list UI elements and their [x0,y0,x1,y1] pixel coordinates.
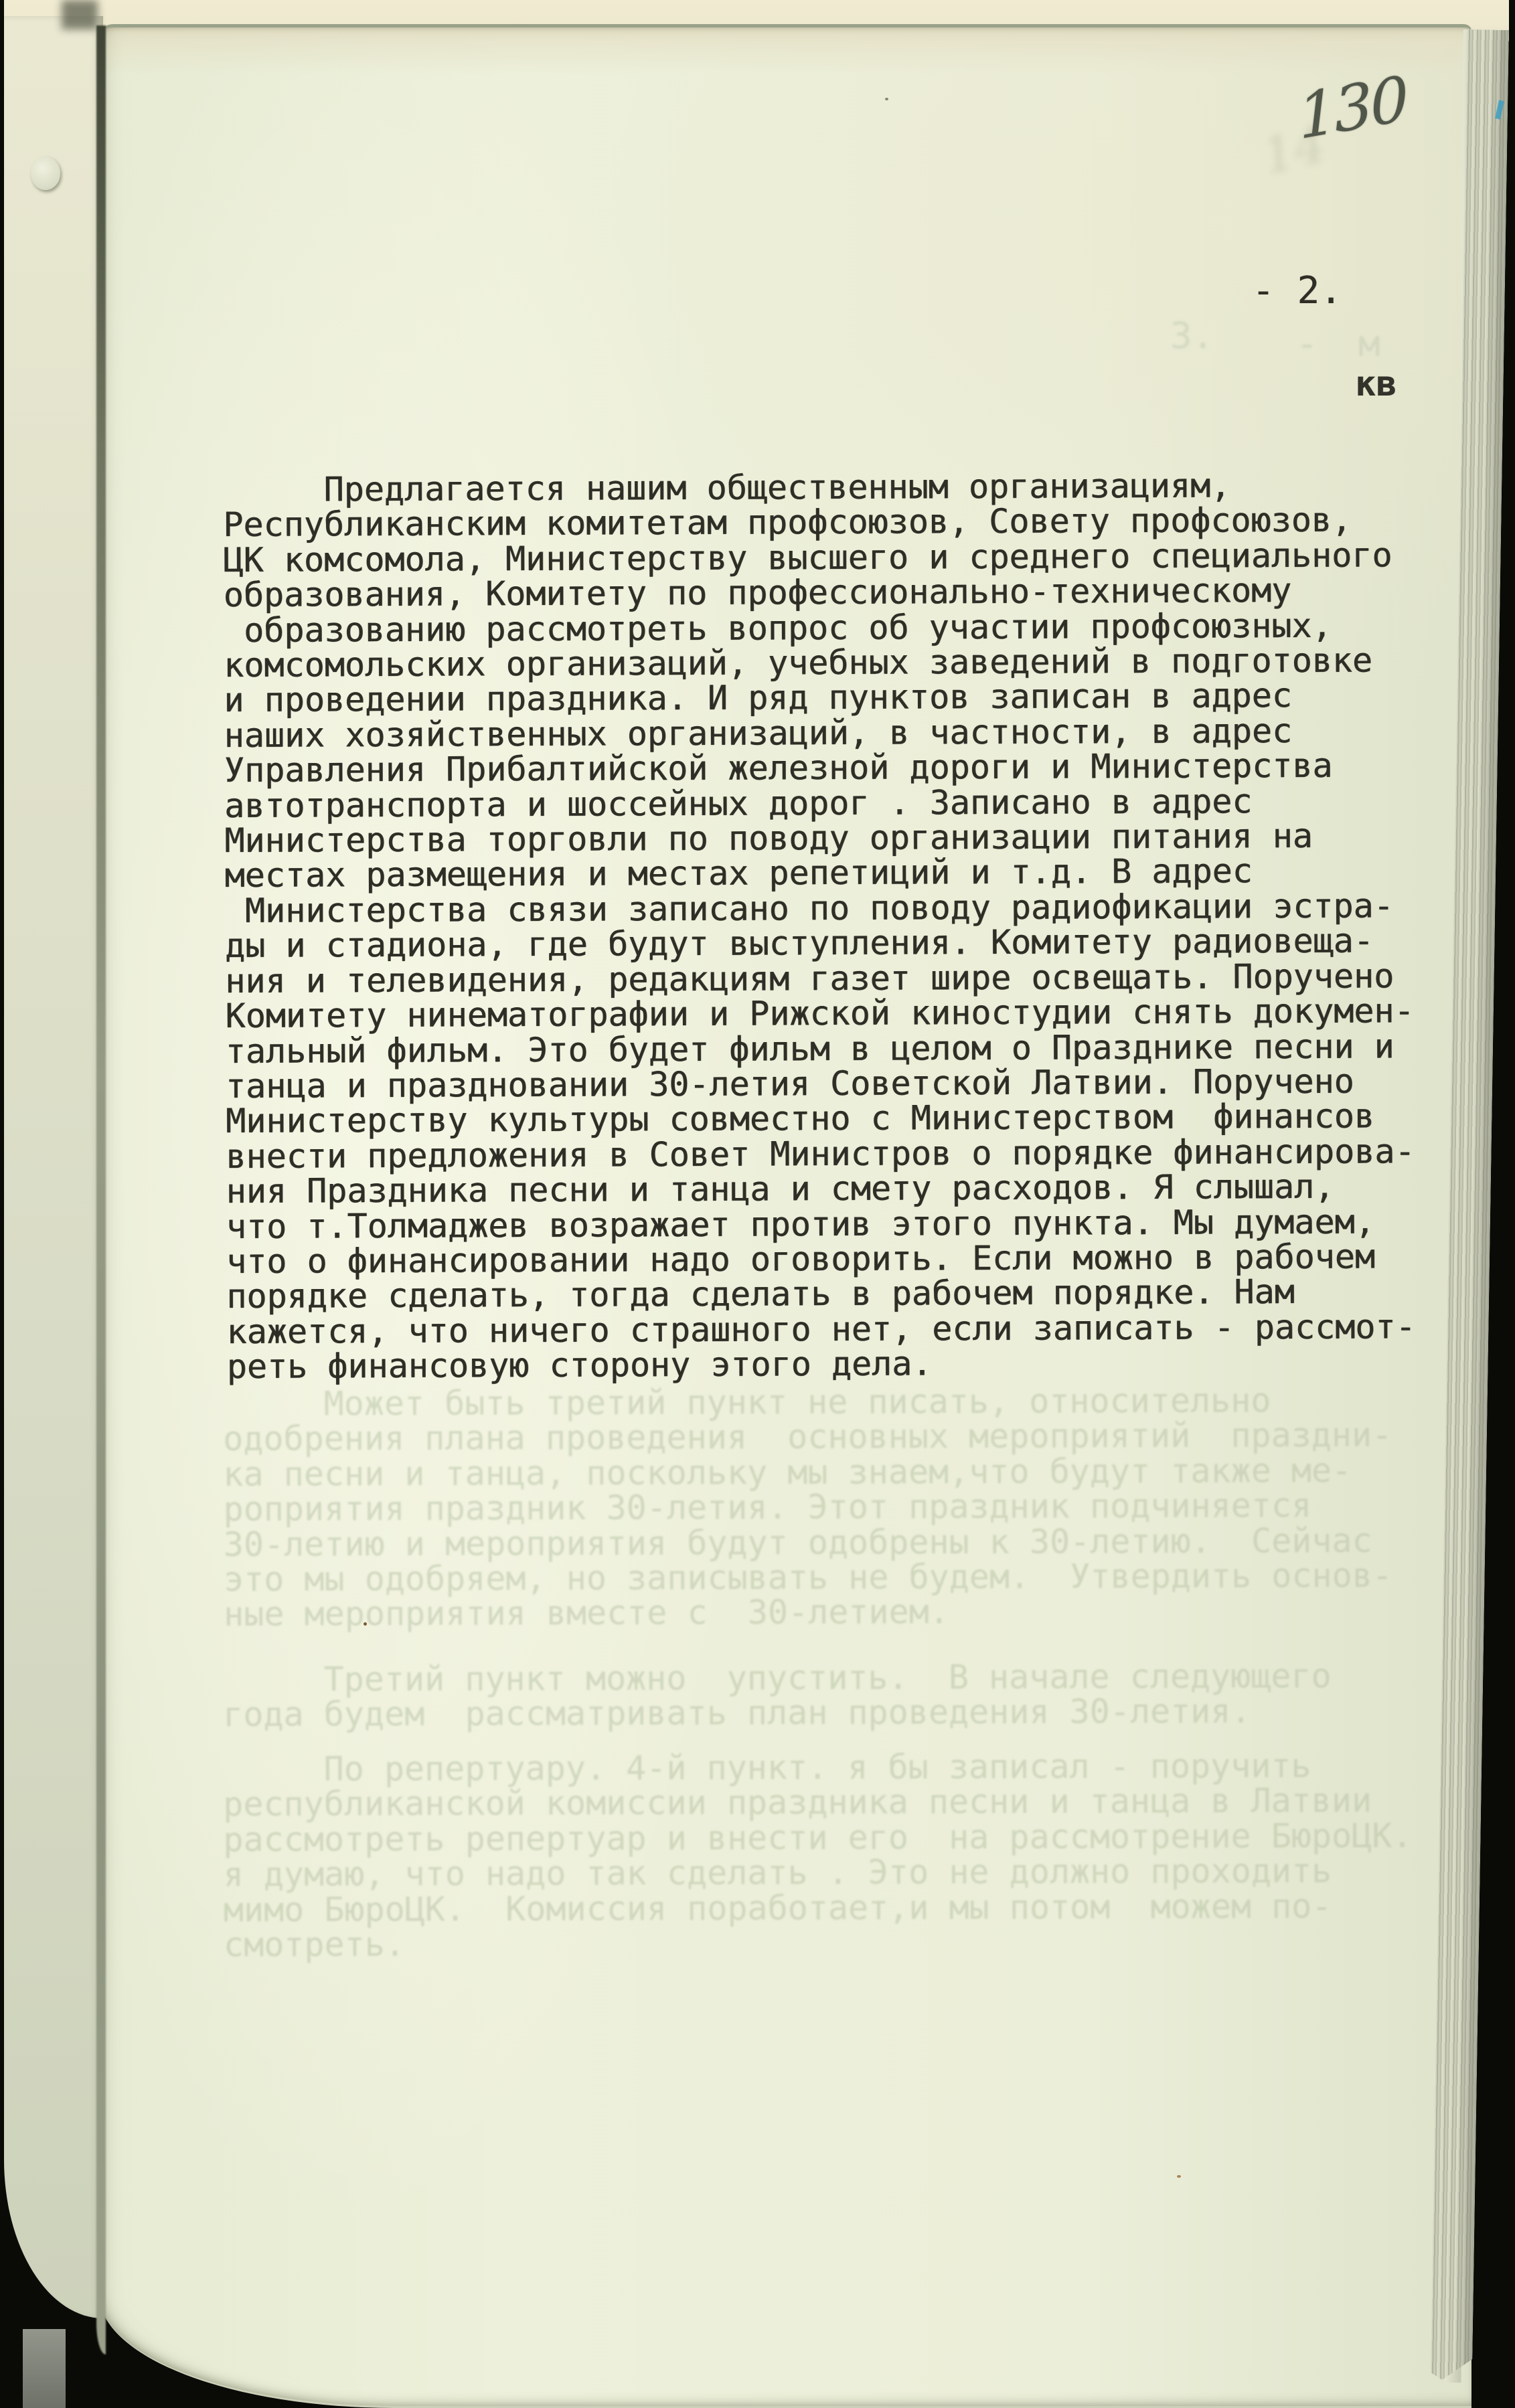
pencil-ghost-mark: 14 [1257,115,1332,186]
paper-speck [364,1622,367,1626]
paper-speck [885,98,888,100]
ink-layer: 130 14 - 2. кв 3. - м Предлагается нашим… [0,0,1515,2408]
page-number: - 2. [1252,269,1342,313]
bleed-through-paragraph-2: Третий пункт можно упустить. В начале сл… [223,1658,1332,1733]
bleed-through-mark-right: - м [1296,323,1390,365]
bleed-through-paragraph-1: Может быть третий пункт не писать, относ… [223,1383,1392,1632]
paper-speck [1177,2175,1181,2178]
bleed-through-mark-left: 3. [1170,315,1214,357]
bleed-line: ные мероприятия вместе с 30-летием. [224,1593,1392,1632]
scanned-document: 130 14 - 2. кв 3. - м Предлагается нашим… [0,0,1515,2408]
bleed-line: года будем рассматривать план проведения… [223,1694,1332,1733]
bleed-line: это мы одобряем, но записывать не будем.… [224,1558,1392,1598]
bleed-through-paragraph-3: По репертуару. 4-й пункт. я бы записал -… [223,1748,1413,1963]
bleed-line: смотреть. [224,1923,1413,1963]
typed-text-block: Предлагается нашим общественным организа… [223,467,1416,1384]
bleed-line: мимо БюроЦК. Комиссия поработает,и мы по… [224,1888,1413,1927]
typist-initials: кв [1355,364,1397,404]
typed-line: кажется, что ничего страшного нет, если … [226,1309,1415,1349]
typed-line: реть финансовую сторону этого дела. [227,1344,1416,1384]
